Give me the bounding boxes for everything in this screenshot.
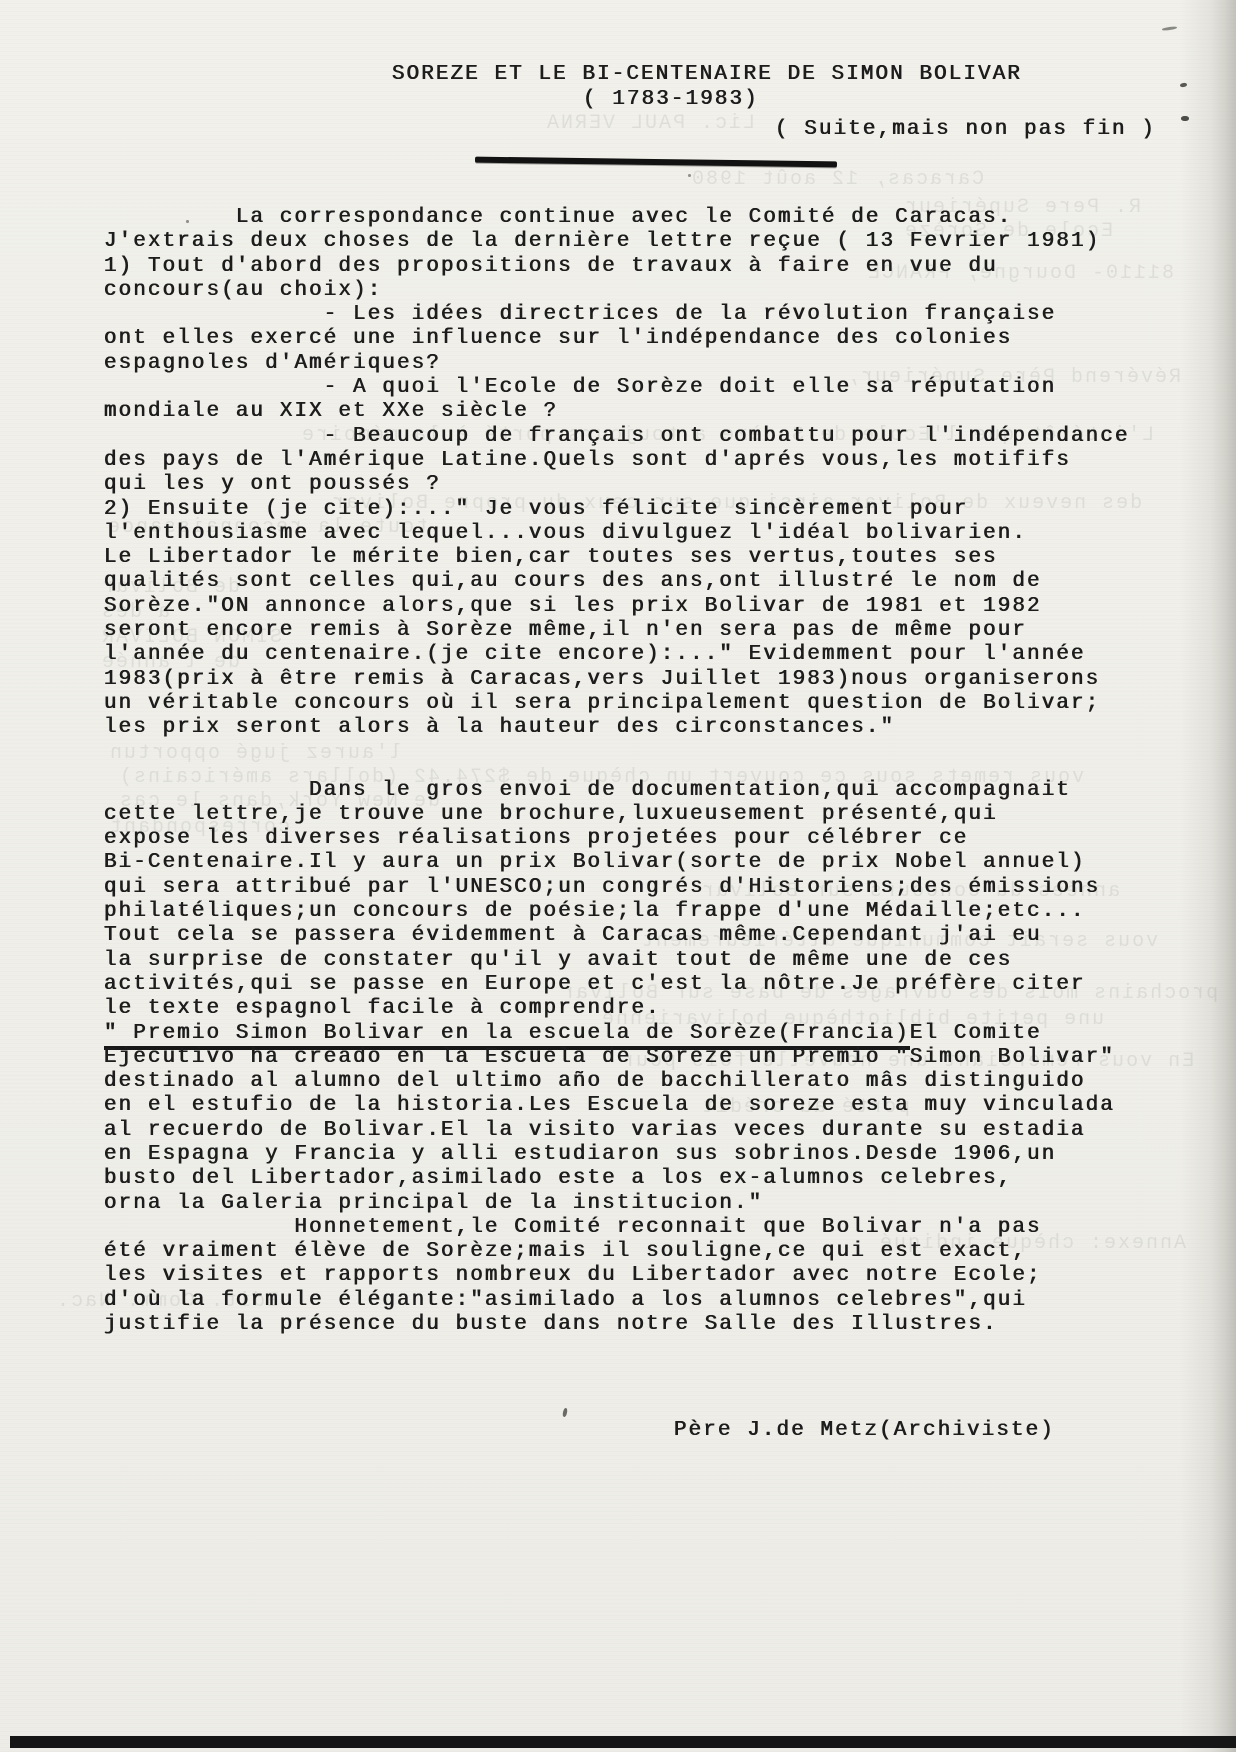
text-line: les prix seront alors à la hauteur des c… bbox=[104, 716, 1164, 740]
page-title: SOREZE ET LE BI-CENTENAIRE DE SIMON BOLI… bbox=[392, 63, 1022, 87]
scan-speck bbox=[1162, 26, 1177, 31]
text-line: Sorèze."ON annonce alors,que si les prix… bbox=[104, 595, 1164, 619]
text-line: qui sera attribué par l'UNESCO;un congré… bbox=[104, 876, 1164, 900]
text-line: 1983(prix à être remis à Caracas,vers Ju… bbox=[104, 668, 1164, 692]
text-line: activités,qui se passe en Europe et c'es… bbox=[104, 973, 1164, 997]
text-line: l'année du centenaire.(je cite encore):.… bbox=[104, 643, 1164, 667]
text-line: Le Libertador le mérite bien,car toutes … bbox=[104, 546, 1164, 570]
text-line: Bi-Centenaire.Il y aura un prix Bolivar(… bbox=[104, 851, 1164, 875]
text-line: un véritable concours où il sera princip… bbox=[104, 692, 1164, 716]
text-line: qualités sont celles qui,au cours des an… bbox=[104, 570, 1164, 594]
text-line: J'extrais deux choses de la dernière let… bbox=[104, 230, 1164, 254]
text-line: les visites et rapports nombreux du Libe… bbox=[104, 1264, 1164, 1288]
paragraph-correspondance: La correspondance continue avec le Comit… bbox=[104, 206, 1164, 741]
scan-speck bbox=[1181, 116, 1189, 121]
paragraph-gap bbox=[104, 741, 1164, 779]
text-line: qui les y ont poussés ? bbox=[104, 473, 1164, 497]
text-line: l'enthousiasme avec lequel...vous divulg… bbox=[104, 522, 1164, 546]
text-line: Ejecutivo ha creado en la Escuela de Sor… bbox=[104, 1046, 1164, 1070]
bleedthrough-text: Caracas, 12 août 1980 bbox=[690, 168, 984, 192]
continuation-note: ( Suite,mais non pas fin ) bbox=[775, 118, 1156, 142]
text-line: été vraiment élève de Sorèze;mais il sou… bbox=[104, 1240, 1164, 1264]
title-underline-rule bbox=[475, 157, 837, 168]
text-line: - Beaucoup de français ont combattu pour… bbox=[104, 425, 1164, 449]
text-line: ont elles exercé une influence sur l'ind… bbox=[104, 327, 1164, 351]
text-line: - A quoi l'Ecole de Sorèze doit elle sa … bbox=[104, 376, 1164, 400]
text-line: espagnoles d'Amériques? bbox=[104, 352, 1164, 376]
scan-edge-bottom-strip bbox=[10, 1736, 1236, 1748]
document-body: La correspondance continue avec le Comit… bbox=[104, 206, 1164, 1337]
text-line: la surprise de constater qu'il y avait t… bbox=[104, 949, 1164, 973]
text-line: d'où la formule élégante:"asimilado a lo… bbox=[104, 1289, 1164, 1313]
scan-speck bbox=[186, 220, 189, 223]
text-line: " Premio Simon Bolivar en la escuela de … bbox=[104, 1022, 1164, 1046]
text-line: en Espagna y Francia y alli estudiaron s… bbox=[104, 1143, 1164, 1167]
text-line: mondiale au XIX et XXe siècle ? bbox=[104, 400, 1164, 424]
text-line: busto del Libertador,asimilado este a lo… bbox=[104, 1167, 1164, 1191]
text-line: concours(au choix): bbox=[104, 279, 1164, 303]
text-line: le texte espagnol facile à comprendre. bbox=[104, 997, 1164, 1021]
bleedthrough-text: Lic. PAUL VERNA bbox=[545, 112, 755, 136]
text-line: Honnetement,le Comité reconnait que Boli… bbox=[104, 1216, 1164, 1240]
text-line: - Les idées directrices de la révolution… bbox=[104, 303, 1164, 327]
text-line: justifie la présence du buste dans notre… bbox=[104, 1313, 1164, 1337]
text-line: en el estufio de la historia.Les Escuela… bbox=[104, 1094, 1164, 1118]
text-line: orna la Galeria principal de la instituc… bbox=[104, 1192, 1164, 1216]
paragraph-documentation: Dans le gros envoi de documentation,qui … bbox=[104, 779, 1164, 1338]
text-line: seront encore remis à Sorèze même,il n'e… bbox=[104, 619, 1164, 643]
text-line: 2) Ensuite (je cite):..." Je vous félici… bbox=[104, 498, 1164, 522]
text-line: al recuerdo de Bolivar.El la visito vari… bbox=[104, 1119, 1164, 1143]
text-line: expose les diverses réalisations projeté… bbox=[104, 827, 1164, 851]
scan-speck bbox=[688, 174, 691, 177]
text-line: La correspondance continue avec le Comit… bbox=[104, 206, 1164, 230]
text-line: cette lettre,je trouve une brochure,luxu… bbox=[104, 803, 1164, 827]
scan-speck bbox=[562, 1408, 568, 1418]
text-line: philatéliques;un concours de poésie;la f… bbox=[104, 900, 1164, 924]
text-line: 1) Tout d'abord des propositions de trav… bbox=[104, 255, 1164, 279]
text-line: des pays de l'Amérique Latine.Quels sont… bbox=[104, 449, 1164, 473]
text-line: Tout cela se passera évidemment à Caraca… bbox=[104, 924, 1164, 948]
signature: Père J.de Metz(Archiviste) bbox=[674, 1419, 1055, 1443]
text-line: Dans le gros envoi de documentation,qui … bbox=[104, 779, 1164, 803]
document-page: Lic. PAUL VERNACaracas, 12 août 1980R. P… bbox=[0, 0, 1236, 1752]
page-title-years: ( 1783-1983) bbox=[583, 88, 759, 112]
text-segment: El Comite bbox=[910, 1022, 1042, 1045]
text-line: destinado al alumno del ultimo año de ba… bbox=[104, 1070, 1164, 1094]
scan-edge-right-shadow bbox=[1180, 0, 1236, 1752]
